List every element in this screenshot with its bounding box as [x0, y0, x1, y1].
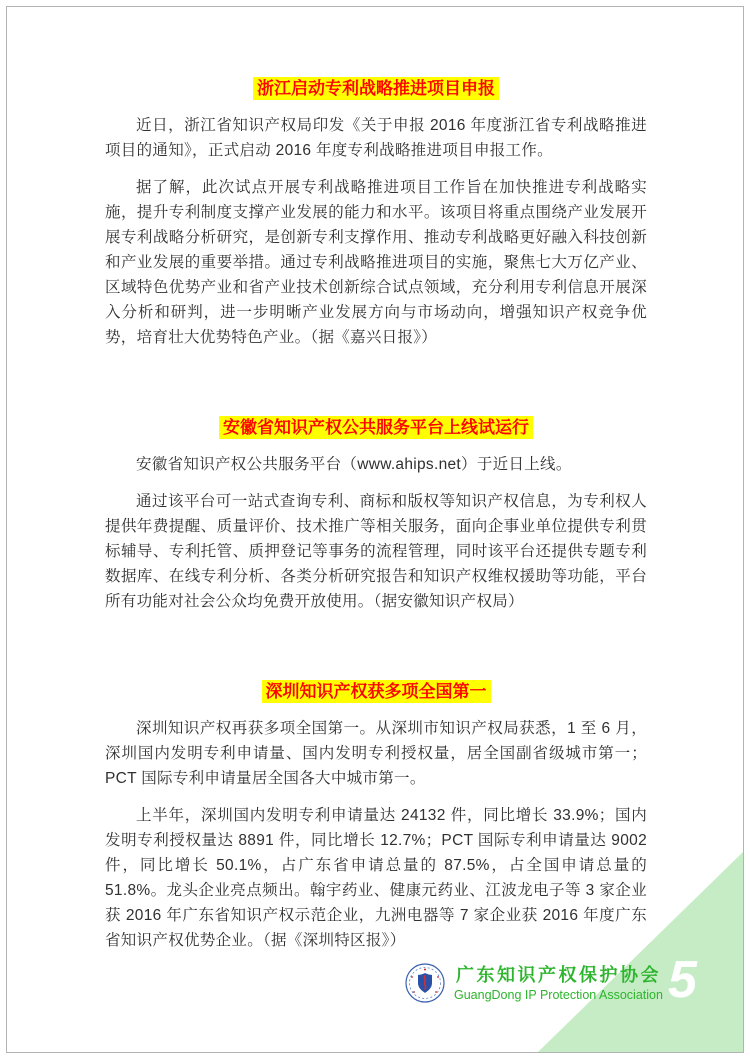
article-paragraph: 通过该平台可一站式查询专利、商标和版权等知识产权信息，为专利权人提供年费提醒、质…: [105, 489, 647, 614]
page-number: 5: [668, 952, 697, 1008]
article-paragraph: 安徽省知识产权公共服务平台（www.ahips.net）于近日上线。: [105, 452, 647, 477]
article-paragraph: 上半年，深圳国内发明专利申请量达 24132 件，同比增长 33.9%；国内发明…: [105, 803, 647, 953]
document-page: 浙江启动专利战略推进项目申报 近日，浙江省知识产权局印发《关于申报 2016 年…: [0, 0, 750, 1056]
article-section-anhui: 安徽省知识产权公共服务平台上线试运行 安徽省知识产权公共服务平台（www.ahi…: [105, 416, 647, 614]
page-content: 浙江启动专利战略推进项目申报 近日，浙江省知识产权局印发《关于申报 2016 年…: [0, 0, 750, 953]
association-names: 广东知识产权保护协会 GuangDong IP Protection Assoc…: [454, 963, 663, 1003]
article-paragraph: 深圳知识产权再获多项全国第一。从深圳市知识产权局获悉，1 至 6 月，深圳国内发…: [105, 716, 647, 791]
article-title-highlight: 深圳知识产权获多项全国第一: [262, 680, 491, 703]
article-title: 深圳知识产权获多项全国第一: [105, 680, 647, 704]
article-title-highlight: 安徽省知识产权公共服务平台上线试运行: [219, 416, 533, 439]
article-paragraph: 近日，浙江省知识产权局印发《关于申报 2016 年度浙江省专利战略推进项目的通知…: [105, 113, 647, 163]
association-name-cn: 广东知识产权保护协会: [456, 963, 661, 987]
article-section-zhejiang: 浙江启动专利战略推进项目申报 近日，浙江省知识产权局印发《关于申报 2016 年…: [105, 77, 647, 350]
article-title-highlight: 浙江启动专利战略推进项目申报: [253, 77, 499, 100]
article-section-shenzhen: 深圳知识产权获多项全国第一 深圳知识产权再获多项全国第一。从深圳市知识产权局获悉…: [105, 680, 647, 953]
article-paragraph: 据了解，此次试点开展专利战略推进项目工作旨在加快推进专利战略实施，提升专利制度支…: [105, 175, 647, 350]
page-footer: 广东知识产权保护协会 GuangDong IP Protection Assoc…: [405, 963, 663, 1003]
association-emblem-icon: [405, 963, 445, 1003]
article-title: 浙江启动专利战略推进项目申报: [105, 77, 647, 101]
article-title: 安徽省知识产权公共服务平台上线试运行: [105, 416, 647, 440]
association-name-en: GuangDong IP Protection Association: [454, 988, 663, 1003]
